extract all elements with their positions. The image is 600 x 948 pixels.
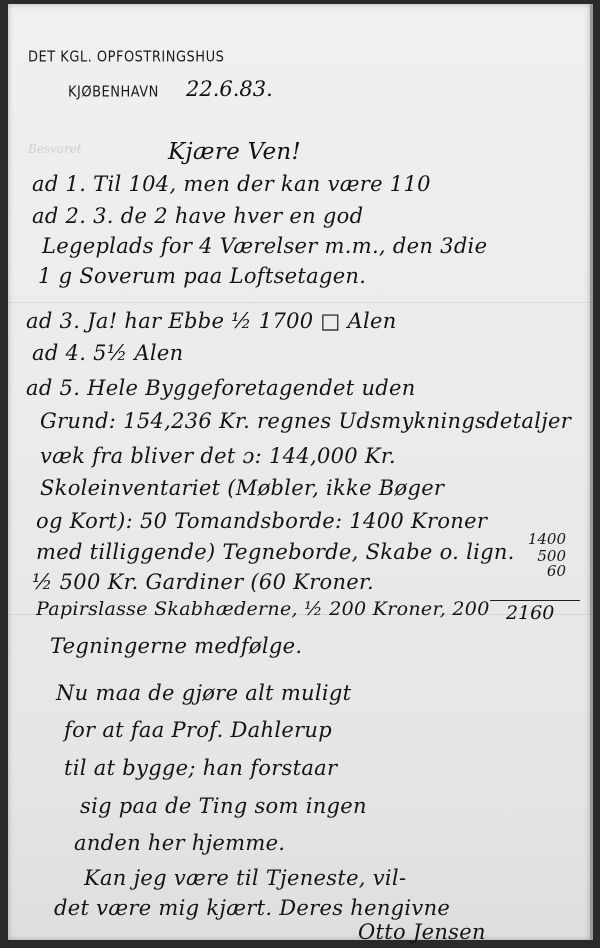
faint-stamp: Besvaret	[28, 142, 82, 156]
letter-line: det være mig kjært. Deres hengivne	[54, 896, 450, 920]
letterhead-institution: DET KGL. OPFOSTRINGSHUS	[28, 49, 224, 66]
letter-line: og Kort): 50 Tomandsborde: 1400 Kroner	[36, 509, 487, 533]
letter-line: sig paa de Ting som ingen	[80, 794, 367, 818]
letter-line: ½ 500 Kr. Gardiner (60 Kroner.	[32, 570, 374, 594]
letter-line: ad 2. 3. de 2 have hver en god	[32, 204, 363, 228]
margin-sum-total: 2160	[506, 602, 554, 624]
letter-date: 22.6.83.	[186, 77, 273, 101]
letter-line: væk fra bliver det ɔ: 144,000 Kr.	[40, 444, 396, 468]
paper-fold	[8, 302, 590, 303]
letter-line: Skoleinventariet (Møbler, ikke Bøger	[40, 476, 444, 500]
letter-line: ad 1. Til 104, men der kan være 110	[32, 172, 431, 196]
letter-line: 1 g Soverum paa Loftsetagen.	[38, 264, 366, 288]
letter-line: til at bygge; han forstaar	[64, 756, 337, 780]
letter-line: Grund: 154,236 Kr. regnes Udsmykningsdet…	[40, 409, 571, 433]
letter-line: ad 3. Ja! har Ebbe ½ 1700 □ Alen	[26, 309, 397, 333]
salutation: Kjære Ven!	[168, 139, 301, 165]
letterhead-city: KJØBENHAVN	[68, 84, 159, 101]
letter-line: Tegningerne medfølge.	[50, 634, 302, 658]
letter-line: Nu maa de gjøre alt muligt	[56, 681, 351, 705]
sum-divider	[490, 600, 580, 601]
letter-page: DET KGL. OPFOSTRINGSHUS KJØBENHAVN 22.6.…	[8, 4, 593, 940]
letter-line: med tilliggende) Tegneborde, Skabe o. li…	[36, 540, 515, 564]
letter-line: Legeplads for 4 Værelser m.m., den 3die	[42, 234, 487, 258]
signature: Otto Jensen	[358, 920, 486, 944]
letter-line: ad 4. 5½ Alen	[32, 341, 183, 365]
margin-sum-value: 1400	[516, 530, 566, 548]
letter-line: ad 5. Hele Byggeforetagendet uden	[26, 376, 416, 400]
letter-line: anden her hjemme.	[74, 831, 285, 855]
letter-line: for at faa Prof. Dahlerup	[64, 718, 332, 742]
letter-line: Papirslasse Skabhæderne, ½ 200 Kroner, 2…	[36, 598, 490, 620]
letter-line: Kan jeg være til Tjeneste, vil-	[84, 866, 406, 890]
margin-sum-value: 60	[516, 562, 566, 580]
